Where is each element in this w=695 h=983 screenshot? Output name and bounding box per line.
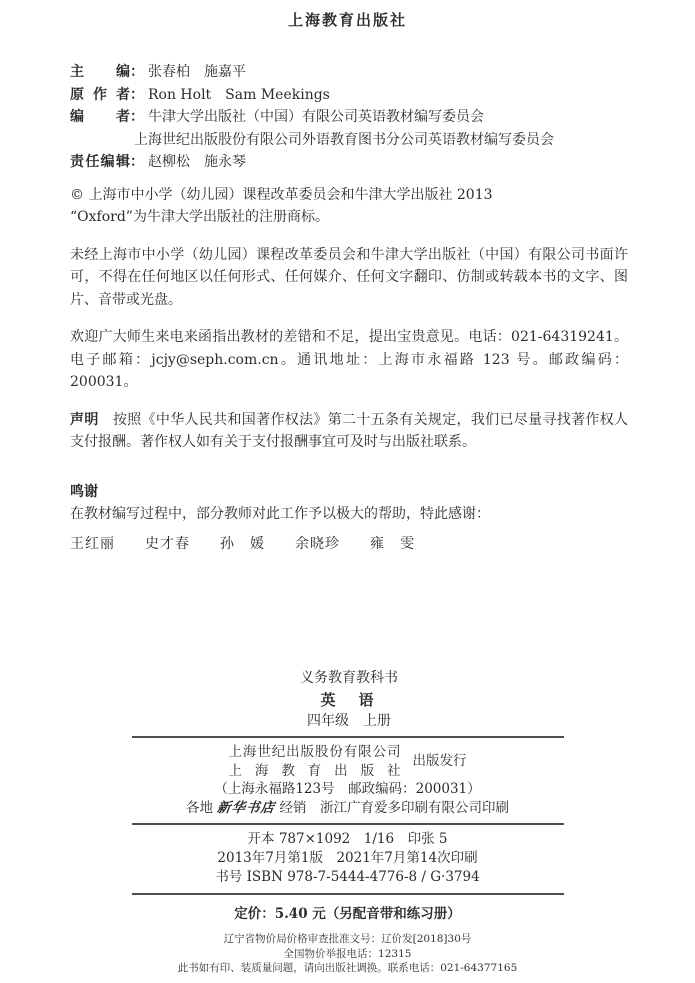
credit-row-chief-editor: 主编： 张春柏 施嘉平 (70, 61, 628, 84)
publisher-address-line: （上海永福路123号 邮政编码：200031） (132, 780, 564, 799)
book-title: 英 语 (70, 689, 628, 711)
acknowledgement-heading: 鸣谢 (70, 481, 628, 504)
copyright-line-1: © 上海市中小学（幼儿园）课程改革委员会和牛津大学出版社 2013 (70, 184, 628, 207)
book-series: 义务教育教科书 (70, 668, 628, 689)
credit-colon: ： (130, 106, 144, 129)
edition-line: 2013年7月第1版 2021年7月第14次印刷 (132, 849, 564, 868)
distribution-suffix: 经销 (280, 800, 307, 816)
publisher-group-line: 上海世纪出版股份有限公司 (229, 743, 401, 762)
credit-label: 原作者 (70, 84, 130, 107)
credit-row-original-authors: 原作者： Ron Holt Sam Meekings (70, 84, 628, 107)
publisher-row: 上海世纪出版股份有限公司 上海教育出版社 出版发行 (132, 738, 564, 780)
publisher-names: 上海世纪出版股份有限公司 上海教育出版社 (229, 743, 401, 780)
footer-block: 辽宁省物价局价格审查批准文号：辽价发[2018]30号 全国物价举报电话：123… (0, 932, 695, 976)
credit-label: 主编 (70, 61, 130, 84)
permission-paragraph: 未经上海市中小学（幼儿园）课程改革委员会和牛津大学出版社（中国）有限公司书面许可… (70, 244, 628, 312)
footer-price-approval-line: 辽宁省物价局价格审查批准文号：辽价发[2018]30号 (0, 932, 695, 947)
imprint-block: 上海世纪出版股份有限公司 上海教育出版社 出版发行 （上海永福路123号 邮政编… (132, 736, 564, 930)
credit-row-editors: 编者： 牛津大学出版社（中国）有限公司英语教材编写委员会 (70, 106, 628, 129)
distribution-line: 各地 新华书店 经销 浙江广育爱多印刷有限公司印刷 (132, 799, 564, 823)
credit-label: 责任编辑 (70, 151, 130, 174)
format-line: 开本 787×1092 1/16 印张 5 (132, 830, 564, 849)
footer-hotline-line: 全国物价举报电话：12315 (0, 947, 695, 962)
statement-text: 按照《中华人民共和国著作权法》第二十五条有关规定，我们已尽量寻找著作权人支付报酬… (70, 412, 628, 451)
book-title-block: 义务教育教科书 英 语 四年级 上册 (70, 668, 628, 732)
credit-label (70, 129, 130, 152)
credit-value: 张春柏 施嘉平 (148, 61, 246, 84)
credit-colon: ： (130, 84, 144, 107)
credit-value: 牛津大学出版社（中国）有限公司英语教材编写委员会 (148, 106, 484, 129)
distribution-prefix: 各地 (186, 800, 213, 816)
credit-value: Ron Holt Sam Meekings (148, 84, 330, 107)
xinhua-bookstore-label: 新华书店 (216, 799, 276, 818)
print-specs: 开本 787×1092 1/16 印张 5 2013年7月第1版 2021年7月… (132, 825, 564, 893)
statement-label: 声明 (70, 412, 99, 428)
credit-label: 编者 (70, 106, 130, 129)
isbn-line: 书号 ISBN 978-7-5444-4776-8 / G·3794 (132, 868, 564, 887)
credit-row-editors-continued: 上海世纪出版股份有限公司外语教育图书分公司英语教材编写委员会 (70, 129, 628, 152)
credit-row-responsible-editor: 责任编辑： 赵柳松 施永琴 (70, 151, 628, 174)
credit-colon: ： (130, 61, 144, 84)
publisher-line: 上海教育出版社 (229, 762, 401, 781)
acknowledgement-text: 在教材编写过程中，部分教师对此工作予以极大的帮助，特此感谢： (70, 503, 628, 526)
book-grade: 四年级 上册 (70, 711, 628, 732)
copyright-line-2: “Oxford”为牛津大学出版社的注册商标。 (70, 206, 628, 229)
price-line: 定价：5.40 元（另配音带和练习册） (132, 895, 564, 930)
feedback-paragraph: 欢迎广大师生来电来函指出教材的差错和不足，提出宝贵意见。电话：021-64319… (70, 326, 628, 394)
body-column: 主编： 张春柏 施嘉平 原作者： Ron Holt Sam Meekings 编… (70, 61, 628, 732)
credit-colon: ： (130, 151, 144, 174)
copyright-page: 上海教育出版社 主编： 张春柏 施嘉平 原作者： Ron Holt Sam Me… (0, 0, 695, 983)
publisher-header: 上海教育出版社 (0, 0, 695, 30)
publish-issue-label: 出版发行 (413, 752, 467, 771)
credits-block: 主编： 张春柏 施嘉平 原作者： Ron Holt Sam Meekings 编… (70, 61, 628, 174)
statement-paragraph: 声明 按照《中华人民共和国著作权法》第二十五条有关规定，我们已尽量寻找著作权人支… (70, 409, 628, 454)
credit-value: 赵柳松 施永琴 (148, 151, 246, 174)
printer-label: 浙江广育爱多印刷有限公司印刷 (320, 800, 509, 816)
acknowledgement-names: 王红丽 史才春 孙 媛 余晓珍 雍 雯 (70, 533, 628, 556)
credit-value: 上海世纪出版股份有限公司外语教育图书分公司英语教材编写委员会 (134, 129, 554, 152)
footer-quality-line: 此书如有印、装质量问题，请向出版社调换。联系电话：021-64377165 (0, 961, 695, 976)
